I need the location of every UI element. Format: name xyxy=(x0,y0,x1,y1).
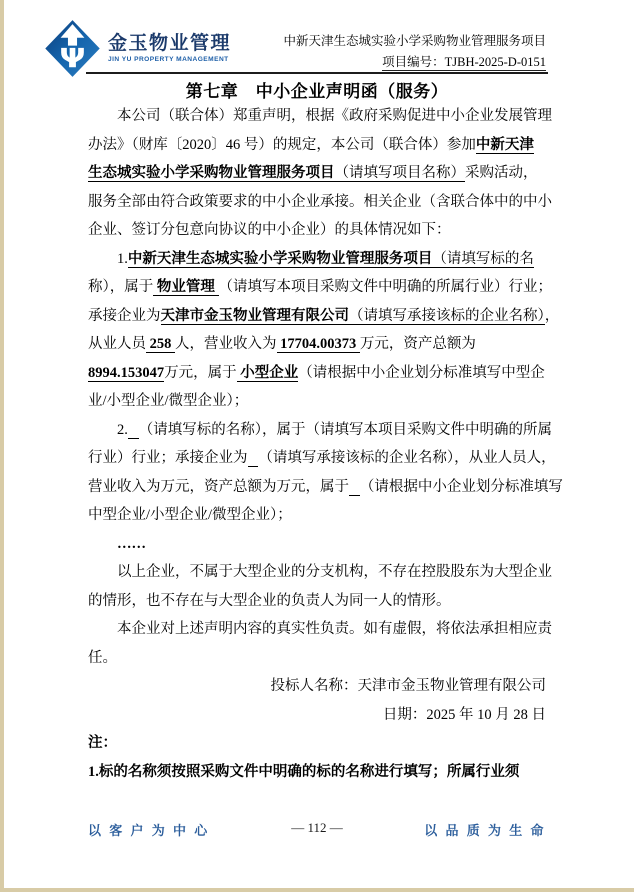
header-project-name: 中新天津生态城实验小学采购物业管理服务项目 xyxy=(283,31,546,52)
text-run: 称），属于 xyxy=(88,279,153,295)
text-line: 本企业对上述声明内容的真实性负责。如有虚假，将依法承担相应责 xyxy=(88,615,546,644)
text-line: 中型企业/小型企业/微型企业）； xyxy=(88,501,546,530)
text-run: 以上企业，不属于大型企业的分支机构，不存在控股股东为大型企业 xyxy=(117,564,552,580)
notes-block: 注：1.标的名称须按照采购文件中明确的标的名称进行填写；所属行业须 xyxy=(88,729,546,786)
text-run: ， xyxy=(545,308,560,324)
page-edge-bottom xyxy=(0,888,634,892)
text-run: 中新天津生态城实验小学采购物业管理服务项目 xyxy=(128,251,433,268)
text-run: 万元，属于 xyxy=(164,365,237,381)
text-run: 中新天津 xyxy=(476,137,534,154)
paragraph-no-large-enterprise: 以上企业，不属于大型企业的分支机构，不存在控股股东为大型企业的情形，也不存在与大… xyxy=(88,558,546,615)
text-run: （请填写项目名称） xyxy=(335,165,466,182)
text-line: 办法》（财库〔2020〕46 号）的规定，本公司（联合体）参加中新天津 xyxy=(88,131,546,160)
text-run: （请填写标的名称），属于（请填写本项目采购文件中明确的所属 xyxy=(139,422,552,438)
text-run: 采购活动， xyxy=(465,165,538,181)
page-header: 金玉物业管理 JIN YU PROPERTY MANAGEMENT 中新天津生态… xyxy=(0,0,634,74)
text-line: 8994.153047万元，属于 小型企业（请根据中小企业划分标准填写中型企 xyxy=(88,359,546,388)
text-run: 承接企业为 xyxy=(88,308,161,324)
text-run: 中型企业/小型企业/微型企业）； xyxy=(88,507,292,523)
text-line: 称），属于 物业管理 （请填写本项目采购文件中明确的所属行业）行业； xyxy=(88,273,546,302)
text-run: 投标人名称：天津市金玉物业管理有限公司 xyxy=(271,678,547,694)
text-run: 日期：2025 年 10 月 28 日 xyxy=(383,707,546,723)
text-run: 本企业对上述声明内容的真实性负责。如有虚假，将依法承担相应责 xyxy=(117,621,552,637)
text-line: 2. （请填写标的名称），属于（请填写本项目采购文件中明确的所属 xyxy=(88,416,546,445)
footer-slogan-right: 以 品 质 为 生 命 xyxy=(424,820,546,839)
jinyu-diamond-logo-icon xyxy=(44,19,101,78)
text-line: …… xyxy=(88,530,546,559)
text-run: 万元，资产总额为 xyxy=(360,336,476,352)
text-line: 任。 xyxy=(88,644,546,673)
project-number-value: TJBH-2025-D-0151 xyxy=(445,55,546,71)
text-run: （请填写承接该标的企业名称），从业人员人， xyxy=(258,450,555,466)
text-line: 注： xyxy=(88,729,546,758)
text-run: 258 xyxy=(146,336,175,353)
text-run: 的情形，也不存在与大型企业的负责人为同一人的情形。 xyxy=(88,593,451,609)
text-run: （请根据中小企业划分标准填写中型企 xyxy=(298,365,545,381)
text-run: …… xyxy=(117,536,146,552)
text-line: 投标人名称：天津市金玉物业管理有限公司 xyxy=(88,672,546,701)
company-logo: 金玉物业管理 JIN YU PROPERTY MANAGEMENT xyxy=(44,19,231,78)
text-run: 物业管理 xyxy=(153,279,218,296)
text-run: 从业人员 xyxy=(88,336,146,352)
text-run: （请填写本项目采购文件中明确的所属行业）行业； xyxy=(219,279,553,295)
text-run: 17704.00373 xyxy=(277,336,360,353)
text-run xyxy=(248,450,259,467)
text-run: 天津市金玉物业管理有限公司 xyxy=(161,308,350,325)
paragraph-responsibility: 本企业对上述声明内容的真实性负责。如有虚假，将依法承担相应责任。 xyxy=(88,615,546,672)
document-page: 金玉物业管理 JIN YU PROPERTY MANAGEMENT 中新天津生态… xyxy=(0,0,634,892)
text-run: 业/小型企业/微型企业）； xyxy=(88,393,248,409)
page-footer: 以 客 户 为 中 心 — 112 — 以 品 质 为 生 命 xyxy=(88,820,546,842)
text-run: 服务全部由符合政策要求的中小企业承接。相关企业（含联合体中的中小 xyxy=(88,194,552,210)
header-project-number: 项目编号：TJBH-2025-D-0151 xyxy=(283,52,546,73)
text-run: 办法》（财库〔2020〕46 号）的规定，本公司（联合体）参加 xyxy=(88,137,476,153)
text-run xyxy=(349,479,360,496)
text-run: 1.标的名称须按照采购文件中明确的标的名称进行填写；所属行业须 xyxy=(88,764,519,780)
project-number-label: 项目编号： xyxy=(382,55,445,71)
text-run: 生态城实验小学采购物业管理服务项目 xyxy=(88,165,335,182)
document-body: 本公司（联合体）郑重声明，根据《政府采购促进中小企业发展管理办法》（财库〔202… xyxy=(88,102,546,786)
text-line: 的情形，也不存在与大型企业的负责人为同一人的情形。 xyxy=(88,587,546,616)
text-run: 8994.153047 xyxy=(88,365,164,382)
text-line: 本公司（联合体）郑重声明，根据《政府采购促进中小企业发展管理 xyxy=(88,102,546,131)
paragraph-item-2: 2. （请填写标的名称），属于（请填写本项目采购文件中明确的所属行业）行业；承接… xyxy=(88,416,546,530)
text-line: 服务全部由符合政策要求的中小企业承接。相关企业（含联合体中的中小 xyxy=(88,188,546,217)
text-run: 人，营业收入为 xyxy=(175,336,277,352)
text-run: （请填写标的名 xyxy=(432,251,534,268)
text-run: （请根据中小企业划分标准填写 xyxy=(360,479,563,495)
text-run: 行业）行业；承接企业为 xyxy=(88,450,248,466)
paragraph-item-1: 1.中新天津生态城实验小学采购物业管理服务项目（请填写标的名称），属于 物业管理… xyxy=(88,245,546,416)
chapter-title: 第七章 中小企业声明函（服务） xyxy=(0,77,634,102)
header-project-info: 中新天津生态城实验小学采购物业管理服务项目 项目编号：TJBH-2025-D-0… xyxy=(283,31,546,73)
text-line: 行业）行业；承接企业为 （请填写承接该标的企业名称），从业人员人， xyxy=(88,444,546,473)
text-line: 业/小型企业/微型企业）； xyxy=(88,387,546,416)
signature-block: 投标人名称：天津市金玉物业管理有限公司日期：2025 年 10 月 28 日 xyxy=(88,672,546,729)
text-run: 企业、签订分包意向协议的中小企业）的具体情况如下： xyxy=(88,222,451,238)
text-line: 从业人员 258 人，营业收入为 17704.00373 万元，资产总额为 xyxy=(88,330,546,359)
logo-company-name-cn: 金玉物业管理 xyxy=(108,34,231,54)
text-line: 生态城实验小学采购物业管理服务项目（请填写项目名称）采购活动， xyxy=(88,159,546,188)
text-line: 企业、签订分包意向协议的中小企业）的具体情况如下： xyxy=(88,216,546,245)
text-line: 1.标的名称须按照采购文件中明确的标的名称进行填写；所属行业须 xyxy=(88,758,546,787)
text-line: 营业收入为万元，资产总额为万元，属于 （请根据中小企业划分标准填写 xyxy=(88,473,546,502)
text-line: 日期：2025 年 10 月 28 日 xyxy=(88,701,546,730)
text-line: 承接企业为天津市金玉物业管理有限公司（请填写承接该标的企业名称）， xyxy=(88,302,546,331)
page-edge-left xyxy=(0,0,4,892)
text-run: 任。 xyxy=(88,650,117,666)
logo-company-name-en: JIN YU PROPERTY MANAGEMENT xyxy=(108,56,231,63)
text-run: 营业收入为万元，资产总额为万元，属于 xyxy=(88,479,349,495)
text-run xyxy=(128,422,139,439)
text-run: 小型企业 xyxy=(237,365,299,382)
text-run: （请填写承接该标的企业名称） xyxy=(349,308,545,325)
paragraph-declaration: 本公司（联合体）郑重声明，根据《政府采购促进中小企业发展管理办法》（财库〔202… xyxy=(88,102,546,245)
text-run: 2. xyxy=(117,422,128,438)
text-run: 本公司（联合体）郑重声明，根据《政府采购促进中小企业发展管理 xyxy=(117,108,552,124)
text-line: 1.中新天津生态城实验小学采购物业管理服务项目（请填写标的名 xyxy=(88,245,546,274)
paragraph-ellipsis: …… xyxy=(88,530,546,559)
text-line: 以上企业，不属于大型企业的分支机构，不存在控股股东为大型企业 xyxy=(88,558,546,587)
text-run: 1. xyxy=(117,251,128,267)
text-run: 注： xyxy=(88,735,117,751)
logo-text-block: 金玉物业管理 JIN YU PROPERTY MANAGEMENT xyxy=(108,34,231,63)
